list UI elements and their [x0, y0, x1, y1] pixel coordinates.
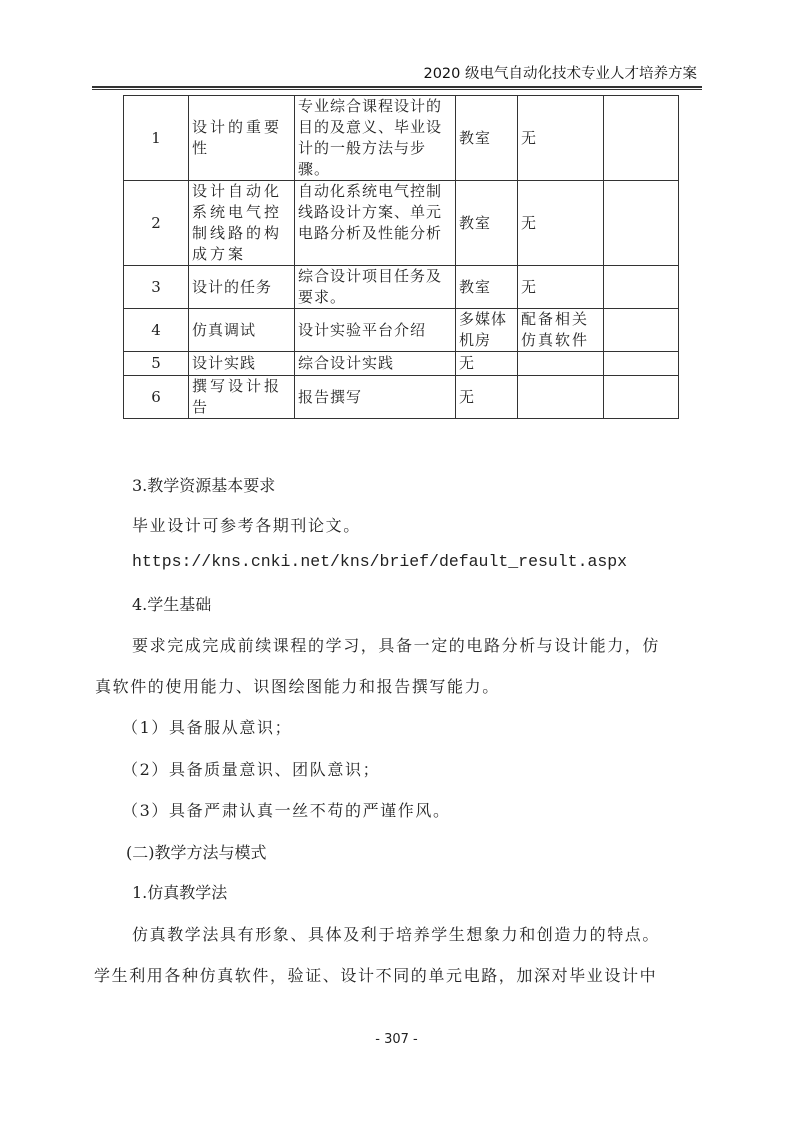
requirement-item-1: （1）具备服从意识；	[122, 715, 292, 738]
cell-topic: 设计自动化系统电气控制线路的构成方案	[189, 181, 295, 266]
cell-topic: 设计的重要性	[189, 96, 295, 181]
cell-place: 教室	[456, 181, 518, 266]
cell-place: 无	[456, 376, 518, 419]
cell-num: 1	[124, 96, 189, 181]
table-row: 1 设计的重要性 专业综合课程设计的目的及意义、毕业设计的一般方法与步骤。 教室…	[124, 96, 679, 181]
cell-num: 6	[124, 376, 189, 419]
requirement-item-2: （2）具备质量意识、团队意识；	[122, 757, 380, 780]
cell-content: 自动化系统电气控制线路设计方案、单元电路分析及性能分析	[295, 181, 456, 266]
cell-note	[604, 376, 679, 419]
section-4-line-1: 要求完成完成前续课程的学习，具备一定的电路分析与设计能力，仿	[132, 633, 660, 656]
cell-num: 2	[124, 181, 189, 266]
cell-note	[604, 352, 679, 376]
cell-place: 教室	[456, 266, 518, 309]
cell-note	[604, 181, 679, 266]
table-row: 3 设计的任务 综合设计项目任务及要求。 教室 无	[124, 266, 679, 309]
section-4-line-2: 真软件的使用能力、识图绘图能力和报告撰写能力。	[95, 674, 500, 697]
cell-content: 专业综合课程设计的目的及意义、毕业设计的一般方法与步骤。	[295, 96, 456, 181]
cell-topic: 设计的任务	[189, 266, 295, 309]
cell-resources: 无	[518, 181, 604, 266]
table-row: 2 设计自动化系统电气控制线路的构成方案 自动化系统电气控制线路设计方案、单元电…	[124, 181, 679, 266]
method-1-line-2: 学生利用各种仿真软件，验证、设计不同的单元电路，加深对毕业设计中	[94, 963, 657, 986]
cell-content: 设计实验平台介绍	[295, 309, 456, 352]
header-rule	[92, 86, 702, 90]
cell-note	[604, 266, 679, 309]
cell-place: 无	[456, 352, 518, 376]
reference-link[interactable]: https://kns.cnki.net/kns/brief/default_r…	[132, 552, 627, 571]
document-header-title: 2020 级电气自动化技术专业人才培养方案	[423, 62, 697, 83]
cell-resources	[518, 352, 604, 376]
table-row: 5 设计实践 综合设计实践 无	[124, 352, 679, 376]
cell-num: 5	[124, 352, 189, 376]
cell-note	[604, 309, 679, 352]
cell-place: 多媒体机房	[456, 309, 518, 352]
cell-note	[604, 96, 679, 181]
cell-resources: 无	[518, 96, 604, 181]
teaching-plan-table: 1 设计的重要性 专业综合课程设计的目的及意义、毕业设计的一般方法与步骤。 教室…	[123, 95, 679, 419]
section-3-heading: 3.教学资源基本要求	[132, 473, 275, 496]
part-2-heading: (二)教学方法与模式	[126, 840, 267, 863]
page-number: - 307 -	[0, 1032, 793, 1047]
method-1-line-1: 仿真教学法具有形象、具体及利于培养学生想象力和创造力的特点。	[132, 922, 660, 945]
cell-topic: 仿真调试	[189, 309, 295, 352]
cell-resources	[518, 376, 604, 419]
cell-place: 教室	[456, 96, 518, 181]
requirement-item-3: （3）具备严肃认真一丝不苟的严谨作风。	[122, 798, 451, 821]
cell-resources: 无	[518, 266, 604, 309]
cell-num: 4	[124, 309, 189, 352]
cell-topic: 撰写设计报告	[189, 376, 295, 419]
cell-topic: 设计实践	[189, 352, 295, 376]
method-1-heading: 1.仿真教学法	[132, 880, 227, 903]
section-3-text: 毕业设计可参考各期刊论文。	[132, 513, 361, 536]
cell-resources: 配备相关仿真软件	[518, 309, 604, 352]
cell-content: 报告撰写	[295, 376, 456, 419]
table-row: 4 仿真调试 设计实验平台介绍 多媒体机房 配备相关仿真软件	[124, 309, 679, 352]
table-row: 6 撰写设计报告 报告撰写 无	[124, 376, 679, 419]
cell-content: 综合设计项目任务及要求。	[295, 266, 456, 309]
section-4-heading: 4.学生基础	[132, 592, 211, 615]
cell-num: 3	[124, 266, 189, 309]
cell-content: 综合设计实践	[295, 352, 456, 376]
